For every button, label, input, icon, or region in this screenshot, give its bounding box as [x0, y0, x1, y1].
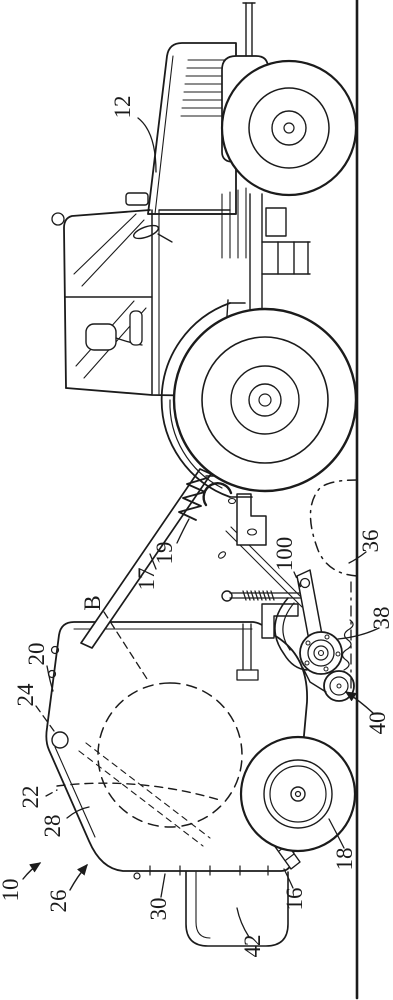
patent-figure-page: 12 19 17 100 B: [0, 0, 393, 1000]
ref-number-16: 16: [282, 888, 307, 911]
ref-38: 38: [338, 607, 393, 640]
ref-30: 30: [146, 874, 171, 921]
ref-26: 26: [46, 865, 87, 913]
ref-number-20: 20: [24, 643, 49, 666]
leader-19: [177, 519, 189, 543]
rotated-figure-stage: 12 19 17 100 B: [0, 0, 393, 1000]
ref-12: 12: [110, 96, 156, 173]
muffler: [126, 193, 148, 205]
leader-38: [338, 628, 379, 639]
ref-number-38: 38: [369, 607, 393, 630]
baler-wheel: [241, 737, 355, 851]
ref-10: 10: [0, 863, 40, 902]
front-hitch-bar: [243, 3, 255, 56]
tractor-front-wheel: [222, 61, 356, 195]
ref-number-22: 22: [18, 786, 43, 809]
leader-20: [47, 666, 53, 691]
leader-10-arrow: [23, 863, 40, 879]
leader-22: [46, 790, 57, 796]
pickup-drum: [300, 632, 342, 674]
ref-number-10: 10: [0, 879, 23, 902]
beacon: [52, 213, 64, 225]
ref-number-28: 28: [40, 815, 65, 838]
tractor-drawing: [52, 3, 356, 497]
ref-36: 36: [349, 530, 383, 564]
tractor-rear-wheel: [174, 309, 356, 491]
ref-number-36: 36: [358, 530, 383, 553]
ref-number-18: 18: [332, 848, 357, 871]
ref-22: 22: [18, 786, 57, 809]
ref-number-24: 24: [13, 683, 38, 707]
ref-40: 40: [346, 692, 390, 735]
leader-30: [161, 874, 165, 897]
ref-number-30: 30: [146, 898, 171, 921]
frame-and-steps: [250, 194, 310, 309]
ref-number-17: 17: [134, 568, 159, 591]
ref-number-42: 42: [240, 935, 265, 958]
steering-wheel: [132, 223, 160, 241]
seat: [86, 324, 116, 350]
ref-number-12: 12: [110, 96, 135, 119]
ref-100: 100: [272, 537, 301, 588]
ref-letter-B: B: [80, 595, 105, 610]
ref-number-40: 40: [365, 712, 390, 735]
ref-number-19: 19: [152, 542, 177, 565]
ref-number-26: 26: [46, 890, 71, 913]
drawbar-bracket: [237, 494, 266, 545]
patent-figure-drawing: 12 19 17 100 B: [0, 0, 393, 1000]
leader-26-arrow: [70, 865, 87, 890]
ref-number-100: 100: [272, 537, 297, 572]
leader-40-arrow: [346, 692, 373, 713]
